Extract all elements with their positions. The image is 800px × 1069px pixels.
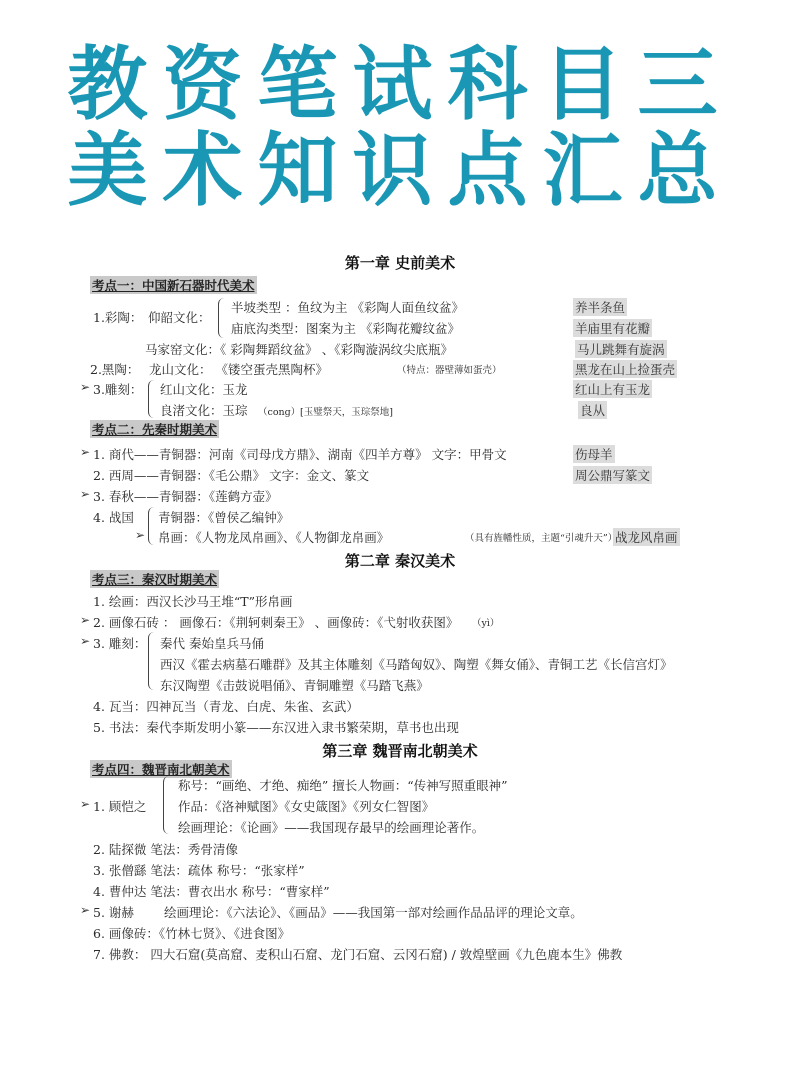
item-diaoke: 3.雕刻：: [93, 380, 142, 398]
majiayao-line: 马家窑文化：《 彩陶舞蹈纹盆》 、《彩陶漩涡纹尖底瓶》: [145, 340, 453, 358]
huaxiang-line: 2. 画像石砖 ： 画像石：《荆轲刺秦王》 、画像砖：《弋射收获图》: [93, 613, 458, 631]
arrow-icon: ➢: [80, 634, 90, 648]
kaodian-2: 考点二：先秦时期美术: [90, 420, 219, 438]
gukaizhi-theory: 绘画理论：《论画》——我国现存最早的绘画理论著作。: [178, 818, 484, 836]
hongshan-line: 红山文化：玉龙: [160, 380, 248, 398]
liangzhu-line: 良渚文化：玉琮: [160, 401, 248, 419]
banpo-line: 半坡类型 ：鱼纹为主 《彩陶人面鱼纹盆》: [231, 298, 464, 316]
donghan-line: 东汉陶塑《击鼓说唱俑》、青铜雕塑《马踏飞燕》: [160, 676, 429, 694]
gukaizhi-head: 1. 顾恺之: [93, 797, 146, 815]
brace: [148, 632, 154, 690]
chunqiu-line: 3. 春秋——青铜器：《莲鹤方壶》: [93, 487, 278, 505]
arrow-icon: ➢: [80, 487, 90, 501]
brace: [148, 380, 154, 418]
arrow-icon: ➢: [80, 445, 90, 459]
chapter-heading-2: 第二章 秦汉美术: [0, 550, 800, 571]
mnemonic: 养半条鱼: [573, 298, 627, 316]
longshan-note: （特点：器壁薄如蛋壳）: [397, 362, 502, 376]
kaodian-1: 考点一：中国新石器时代美术: [90, 276, 257, 294]
zhangsengyao-line: 3. 张僧繇 笔法：疏体 称号：“张家样”: [93, 861, 305, 879]
kaodian-3: 考点三：秦汉时期美术: [90, 570, 219, 588]
arrow-icon: ➢: [80, 797, 90, 811]
arrow-icon: ➢: [80, 613, 90, 627]
gukaizhi-title: 称号：“画绝、才绝、痴绝” 擅长人物画：“传神写照重眼神”: [178, 776, 508, 794]
brace: [148, 507, 154, 545]
mnemonic: 马儿跳舞有旋涡: [575, 340, 667, 358]
chapter-heading-1: 第一章 史前美术: [0, 252, 800, 273]
wadang-line: 4. 瓦当：四神瓦当（青龙、白虎、朱雀、玄武）: [93, 697, 359, 715]
xiehe-line: 绘画理论：《六法论》、《画品》——我国第一部对绘画作品品评的理论文章。: [164, 903, 583, 921]
mnemonic: 良从: [578, 401, 607, 419]
lutanwei-line: 2. 陆探微 笔法：秀骨清像: [93, 840, 238, 858]
mnemonic: 伤母羊: [573, 445, 615, 463]
xizhou-line: 2. 西周——青铜器：《毛公鼎》 文字：金文、篆文: [93, 466, 369, 484]
brace: [163, 776, 169, 834]
main-title-line2: 美术知识点汇总: [0, 126, 800, 216]
huihua-line: 1. 绘画：西汉长沙马王堆“T”形帛画: [93, 592, 293, 610]
mnemonic: 周公鼎写篆文: [573, 466, 652, 484]
qin-line: 秦代 秦始皇兵马俑: [160, 634, 264, 652]
mnemonic: 红山上有玉龙: [573, 380, 652, 398]
mnemonic: 黑龙在山上捡蛋壳: [573, 360, 677, 378]
mnemonic: 战龙风帛画: [613, 528, 680, 546]
arrow-icon: ➢: [135, 528, 145, 542]
main-title-line1: 教资笔试科目三: [0, 40, 800, 130]
xiehe-head: 5. 谢赫: [93, 903, 134, 921]
yangshao-culture: 仰韶文化：: [148, 308, 211, 326]
yi-pinyin: （yì）: [472, 615, 499, 629]
zenghouyi-line: 青铜器：《曾侯乙编钟》: [158, 508, 289, 526]
brace: [218, 298, 224, 338]
bohua-note: （具有旌幡性质，主题“引魂升天”）: [465, 530, 617, 544]
liangzhu-note: [玉璧祭天，玉琮祭地]: [300, 404, 393, 418]
arrow-icon: ➢: [80, 380, 90, 394]
item-caitao: 1.彩陶：: [93, 308, 142, 326]
chapter-heading-3: 第三章 魏晋南北朝美术: [0, 740, 800, 761]
mnemonic: 羊庙里有花瓣: [573, 319, 652, 337]
bohua-line: 帛画：《人物龙凤帛画》、《人物御龙帛画》: [158, 528, 389, 546]
caozhongda-line: 4. 曹仲达 笔法：曹衣出水 称号：“曹家样”: [93, 882, 330, 900]
shang-line: 1. 商代——青铜器：河南《司母戊方鼎》、湖南《四羊方尊》 文字：甲骨文: [93, 445, 507, 463]
gukaizhi-works: 作品：《洛神赋图》《女史箴图》《列女仁智图》: [178, 797, 434, 815]
arrow-icon: ➢: [80, 903, 90, 917]
cong-pinyin: （cong）: [258, 404, 300, 418]
diaoke-head: 3. 雕刻：: [93, 634, 146, 652]
huaxiangzhuan-line: 6. 画像砖：《竹林七贤》、《进食图》: [93, 924, 290, 942]
miaodigou-line: 庙底沟类型：图案为主 《彩陶花瓣纹盆》: [231, 319, 460, 337]
item-heitao: 2.黑陶：: [90, 360, 139, 378]
fojiao-line: 7. 佛教： 四大石窟(莫高窟、麦积山石窟、龙门石窟、云冈石窟) / 敦煌壁画《…: [93, 945, 622, 963]
longshan-line: 龙山文化： 《镂空蛋壳黑陶杯》: [149, 360, 328, 378]
shufa-line: 5. 书法：秦代李斯发明小篆——东汉进入隶书繁荣期，草书也出现: [93, 718, 459, 736]
zhanguo-head: 4. 战国: [93, 508, 134, 526]
xihan-line: 西汉《霍去病墓石雕群》及其主体雕刻《马踏匈奴》、陶塑《舞女俑》、青铜工艺《长信宫…: [160, 655, 673, 673]
